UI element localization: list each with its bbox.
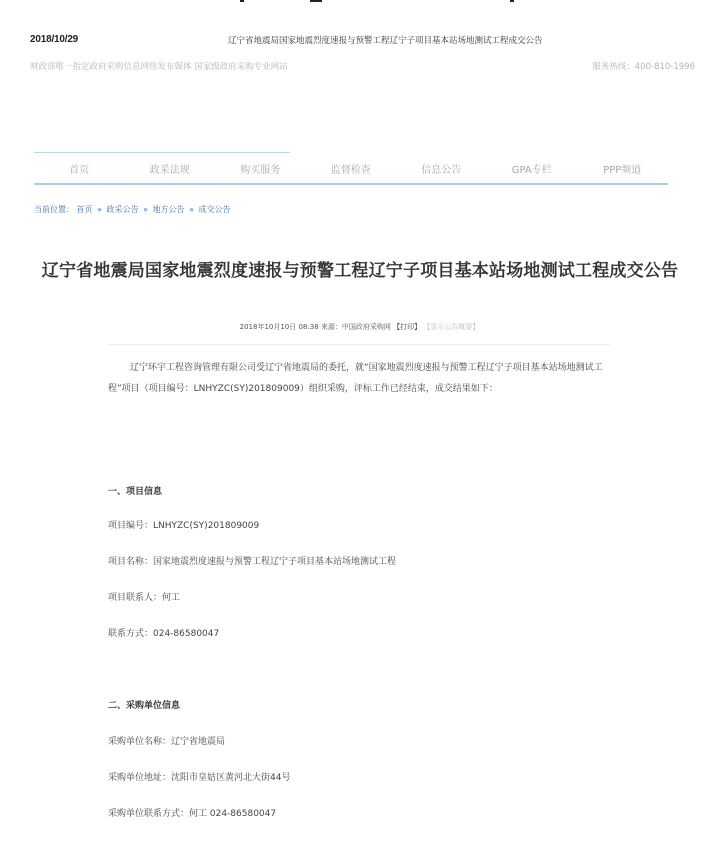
field-project-number: 项目编号：LNHYZC(SY)201809009 bbox=[108, 518, 259, 531]
meta-divider bbox=[108, 344, 610, 345]
breadcrumb-separator: » bbox=[187, 205, 196, 214]
cropped-mark bbox=[240, 0, 244, 2]
article-intro: 辽宁环宇工程咨询管理有限公司受辽宁省地震局的委托，就“国家地震烈度速报与预警工程… bbox=[108, 358, 612, 400]
cropped-mark bbox=[510, 0, 514, 2]
nav-item-supervision[interactable]: 监督检查 bbox=[306, 161, 397, 176]
publish-datetime: 2018年10月10日 08:38 bbox=[240, 323, 319, 331]
nav-item-regulations[interactable]: 政采法规 bbox=[125, 161, 216, 176]
article-title: 辽宁省地震局国家地震烈度速报与预警工程辽宁子项目基本站场地测试工程成交公告 bbox=[40, 259, 680, 284]
print-button[interactable]: 【打印】 bbox=[393, 323, 421, 331]
field-project-name: 项目名称：国家地震烈度速报与预警工程辽宁子项目基本站场地测试工程 bbox=[108, 554, 396, 567]
section-heading-project-info: 一、项目信息 bbox=[108, 484, 162, 497]
breadcrumb-separator: » bbox=[95, 205, 104, 214]
print-page-title: 辽宁省地震局国家地震烈度速报与预警工程辽宁子项目基本站场地测试工程成交公告 bbox=[228, 34, 543, 46]
cropped-header-marks bbox=[0, 0, 719, 4]
source-label: 来源： bbox=[321, 323, 342, 331]
field-purchaser-contact: 采购单位联系方式：何工 024-86580047 bbox=[108, 806, 276, 819]
site-bar: 财政部唯一指定政府采购信息网络发布媒体 国家级政府采购专业网站 服务热线：400… bbox=[0, 60, 719, 74]
source-name: 中国政府采购网 bbox=[342, 323, 391, 331]
print-header: 2018/10/29 辽宁省地震局国家地震烈度速报与预警工程辽宁子项目基本站场地… bbox=[0, 34, 719, 48]
nav-item-announcements[interactable]: 信息公告 bbox=[396, 161, 487, 176]
site-slogan: 财政部唯一指定政府采购信息网络发布媒体 国家级政府采购专业网站 bbox=[30, 60, 288, 72]
breadcrumb: 当前位置： 首页 » 政采公告 » 地方公告 » 成交公告 bbox=[34, 204, 231, 215]
field-project-contact: 项目联系人：何工 bbox=[108, 590, 180, 603]
field-contact-phone: 联系方式：024-86580047 bbox=[108, 626, 219, 639]
breadcrumb-prefix: 当前位置： bbox=[34, 205, 74, 214]
main-nav: 首页 政采法规 购买服务 监督检查 信息公告 GPA专栏 PPP频道 bbox=[34, 152, 668, 185]
field-purchaser-address: 采购单位地址：沈阳市皇姑区黄河北大街44号 bbox=[108, 770, 290, 783]
breadcrumb-deal-announcements[interactable]: 成交公告 bbox=[199, 205, 231, 214]
article-meta: 2018年10月10日 08:38 来源：中国政府采购网 【打印】 【显示公告概… bbox=[0, 322, 719, 332]
section-heading-purchaser-info: 二、采购单位信息 bbox=[108, 698, 180, 711]
nav-item-purchase-services[interactable]: 购买服务 bbox=[215, 161, 306, 176]
print-date: 2018/10/29 bbox=[30, 34, 78, 45]
nav-bottom-divider bbox=[34, 183, 668, 185]
breadcrumb-separator: » bbox=[141, 205, 150, 214]
breadcrumb-local-announcements[interactable]: 地方公告 bbox=[153, 205, 185, 214]
article-intro-block: 辽宁环宇工程咨询管理有限公司受辽宁省地震局的委托，就“国家地震烈度速报与预警工程… bbox=[108, 358, 612, 400]
breadcrumb-home[interactable]: 首页 bbox=[77, 205, 93, 214]
field-purchaser-name: 采购单位名称：辽宁省地震局 bbox=[108, 734, 225, 747]
nav-item-home[interactable]: 首页 bbox=[34, 161, 125, 176]
nav-top-divider bbox=[34, 152, 290, 153]
nav-item-gpa[interactable]: GPA专栏 bbox=[487, 161, 578, 176]
nav-items: 首页 政采法规 购买服务 监督检查 信息公告 GPA专栏 PPP频道 bbox=[34, 161, 668, 176]
nav-item-ppp[interactable]: PPP频道 bbox=[577, 161, 668, 176]
cropped-mark bbox=[310, 0, 322, 2]
show-summary-button[interactable]: 【显示公告概要】 bbox=[423, 323, 479, 331]
service-hotline: 服务热线：400-810-1996 bbox=[592, 60, 695, 72]
breadcrumb-procurement-announcements[interactable]: 政采公告 bbox=[107, 205, 139, 214]
